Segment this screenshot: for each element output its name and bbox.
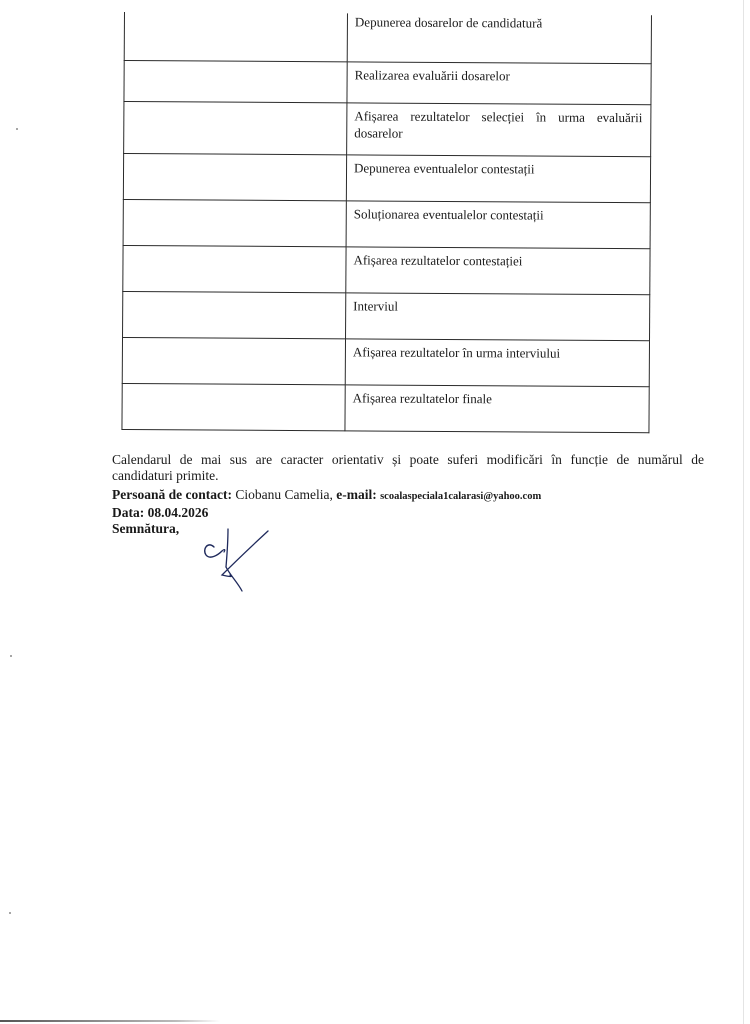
date-cell <box>123 199 346 246</box>
date-cell <box>124 61 347 103</box>
calendar-note-line1: Calendarul de mai sus are caracter orien… <box>112 452 704 468</box>
contact-name: Ciobanu Camelia, <box>235 487 332 502</box>
scan-speck <box>16 128 18 130</box>
email-label: e-mail: <box>336 487 376 502</box>
schedule-table: Depunerea dosarelor de candidatură Reali… <box>121 12 652 433</box>
table-row: Depunerea eventualelor contestații <box>123 154 650 203</box>
scan-edge-shadow <box>0 1020 220 1022</box>
contact-line: Persoană de contact: Ciobanu Camelia, e-… <box>112 487 704 505</box>
calendar-note-line2: candidaturi primite. <box>112 468 704 484</box>
date-line: Data: 08.04.2026 <box>112 505 704 521</box>
date-cell <box>124 102 347 155</box>
date-value: 08.04.2026 <box>148 505 209 520</box>
contact-label: Persoană de contact: <box>112 487 232 502</box>
table-row: Interviul <box>123 291 650 340</box>
table-row: Afișarea rezultatelor finale <box>122 383 649 432</box>
date-cell <box>122 383 345 430</box>
step-cell: Afișarea rezultatelor în urma interviulu… <box>345 339 649 387</box>
table-row: Afișarea rezultatelor selecției în urma … <box>124 102 651 157</box>
step-cell: Depunerea eventualelor contestații <box>346 155 650 203</box>
table-row: Depunerea dosarelor de candidatură <box>124 12 651 64</box>
table-row: Soluționarea eventualelor contestații <box>123 199 650 248</box>
table-row: Realizarea evaluării dosarelor <box>124 61 651 105</box>
table-row: Afișarea rezultatelor în urma interviulu… <box>122 337 649 386</box>
schedule-table-container: Depunerea dosarelor de candidatură Reali… <box>121 12 652 433</box>
date-label: Data: <box>112 505 144 520</box>
table-row: Afișarea rezultatelor contestației <box>123 245 650 294</box>
date-cell <box>123 154 346 201</box>
handwritten-signature-icon <box>200 525 280 595</box>
step-cell: Interviul <box>346 293 650 341</box>
date-cell <box>123 245 346 292</box>
scan-speck <box>10 655 12 657</box>
step-cell: Realizarea evaluării dosarelor <box>347 62 651 105</box>
scan-speck <box>9 912 11 914</box>
email-address[interactable]: scoalaspeciala1calarasi@yahoo.com <box>380 491 541 502</box>
step-cell: Afișarea rezultatelor contestației <box>346 247 650 295</box>
page-edge <box>743 0 744 1024</box>
date-cell <box>123 291 346 338</box>
step-cell: Depunerea dosarelor de candidatură <box>347 13 651 63</box>
date-cell <box>124 12 347 62</box>
step-cell: Soluționarea eventualelor contestații <box>346 201 650 249</box>
step-cell: Afișarea rezultatelor selecției în urma … <box>347 103 651 157</box>
step-cell: Afișarea rezultatelor finale <box>345 385 649 433</box>
date-cell <box>122 337 345 384</box>
